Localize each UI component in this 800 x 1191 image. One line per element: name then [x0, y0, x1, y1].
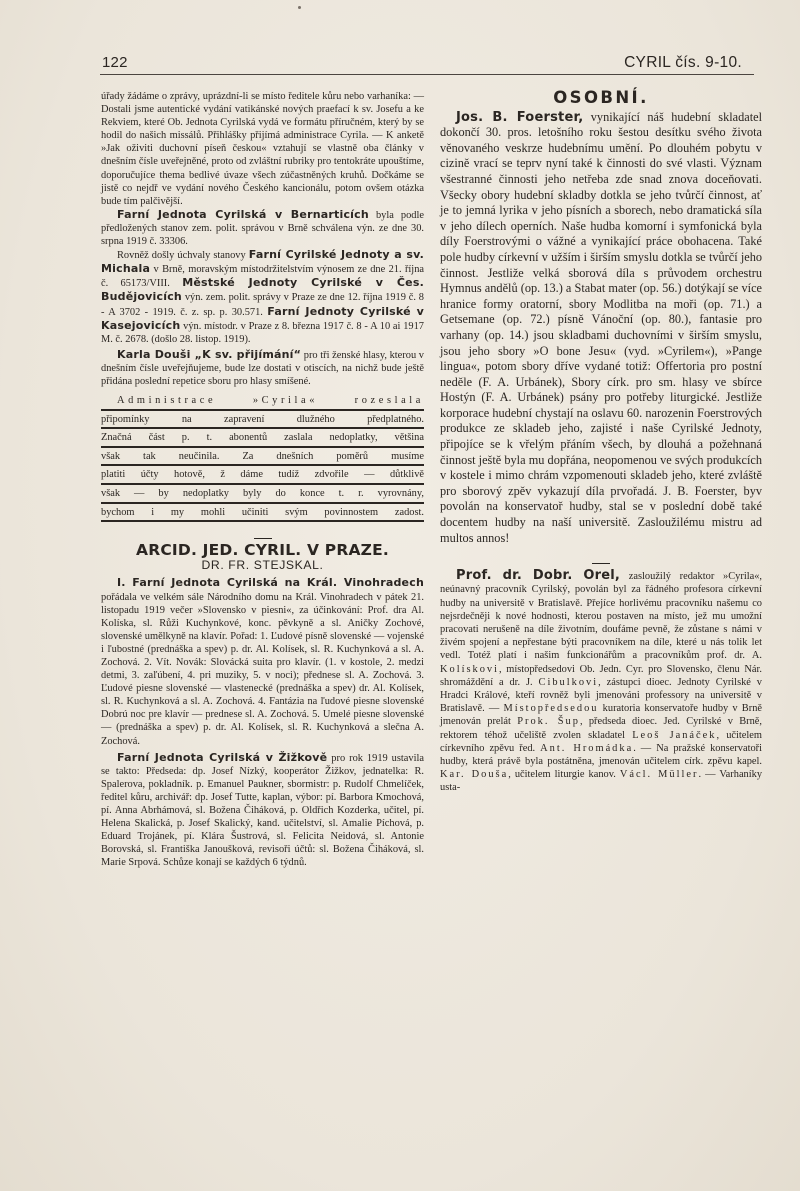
spaced-name: Leoš Janáček	[632, 730, 716, 741]
notice-line: připomínky na zapravení dlužného předpla…	[101, 413, 424, 430]
notice-line: však — by nedoplatky byly do konce t. r.…	[101, 487, 424, 504]
page-number: 122	[102, 54, 128, 71]
journal-title: CYRIL čís. 9-10.	[624, 54, 742, 72]
paragraph-text: Rovněž došly úchvaly stanovy	[117, 250, 249, 261]
notice-line: platiti účty hotově, ž dáme tudíž zdvoři…	[101, 468, 424, 485]
notice-line: Administrace »Cyrila« rozeslala	[101, 394, 424, 411]
spaced-name: Kolískovi	[440, 664, 499, 675]
section-author: DR. FR. STEJSKAL.	[101, 559, 424, 572]
section-title-arcid: ARCID. JED. CYRIL. V PRAZE.	[101, 544, 424, 557]
bold-heading: Farní Jednota Cyrilská v Žižkově	[117, 751, 327, 764]
notice-line: Značná část p. t. abonentů zaslala nedop…	[101, 431, 424, 448]
notice-line: však tak neučinila. Za dnešních poměrů m…	[101, 450, 424, 467]
spaced-name: Václ. Müller	[620, 769, 699, 780]
right-column: OSOBNÍ. Jos. B. Foerster, vynikající náš…	[440, 90, 762, 795]
paragraph-text: zasloužilý redaktor »Cyrila«, neúnavný p…	[440, 571, 762, 661]
paragraph-text: pro rok 1919 ustavila se takto: Předseda…	[101, 753, 424, 869]
left-column: úřady žádáme o zprávy, uprázdní-li se mí…	[101, 90, 424, 869]
paragraph-foerster: Jos. B. Foerster, vynikající náš hudební…	[440, 110, 762, 547]
paragraph-intro: úřady žádáme o zprávy, uprázdní-li se mí…	[101, 90, 424, 208]
scanned-page: 122 CYRIL čís. 9-10. úřady žádáme o zprá…	[0, 0, 800, 1191]
paragraph-text: , učitelem liturgie kanov.	[508, 769, 620, 780]
bold-heading: Karla Douši „K sv. přijímání“	[117, 348, 301, 361]
section-divider	[101, 532, 424, 540]
paragraph-statutes: Rovněž došly úchvaly stanovy Farní Cyril…	[101, 248, 424, 346]
spaced-name: Ant. Hromádka	[540, 743, 633, 754]
administration-notice: Administrace »Cyrila« rozeslala připomín…	[101, 394, 424, 522]
section-title-osobni: OSOBNÍ.	[440, 90, 762, 106]
paragraph-bernartice: Farní Jednota Cyrilská v Bernarticích by…	[101, 208, 424, 248]
paragraph-dousa: Karla Douši „K sv. přijímání“ pro tři že…	[101, 348, 424, 388]
paragraph-text: vynikající náš hudební skladatel dokončí…	[440, 110, 762, 545]
section-divider	[440, 555, 762, 563]
spaced-name: Cibulkovi	[539, 677, 599, 688]
spaced-name: Prok. Šup	[517, 716, 580, 727]
bold-heading: Jos. B. Foerster,	[456, 110, 583, 125]
speck-mark	[298, 6, 301, 9]
bold-heading: I. Farní Jednota Cyrilská na Král. Vinoh…	[117, 576, 424, 589]
spaced-name: Kar. Douša	[440, 769, 508, 780]
running-header: 122 CYRIL čís. 9-10.	[100, 54, 754, 75]
paragraph-vinohrady: I. Farní Jednota Cyrilská na Král. Vinoh…	[101, 576, 424, 747]
paragraph-text: pořádala ve velkém sále Národního domu n…	[101, 592, 424, 747]
bold-heading: Prof. dr. Dobr. Orel,	[456, 568, 620, 583]
paragraph-zizkov: Farní Jednota Cyrilská v Žižkově pro rok…	[101, 751, 424, 870]
paragraph-orel: Prof. dr. Dobr. Orel, zasloužilý redakto…	[440, 569, 762, 794]
bold-heading: Farní Jednota Cyrilská v Bernarticích	[117, 208, 369, 221]
spaced-name: Místopředsedou	[504, 703, 599, 714]
notice-line: bychom i my mohli učiniti svým povinnost…	[101, 506, 424, 523]
